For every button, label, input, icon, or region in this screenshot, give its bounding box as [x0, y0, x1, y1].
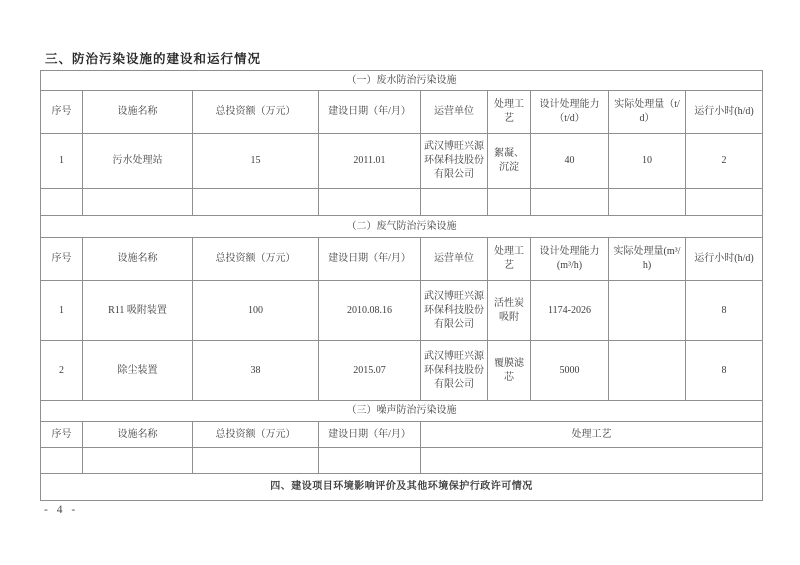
cell-operator: 武汉博旺兴源环保科技股份有限公司 — [421, 281, 488, 341]
header-serial-number: 序号 — [41, 91, 83, 134]
pollution-facilities-table: （一）废水防治污染设施 序号 设施名称 总投资额（万元） 建设日期（年/月） 运… — [40, 70, 763, 501]
empty-cell — [41, 448, 83, 474]
section4-title: 四、建设项目环境影响评价及其他环境保护行政许可情况 — [41, 474, 763, 501]
cell-process: 絮凝、沉淀 — [488, 134, 531, 189]
cell-run-hours: 8 — [686, 281, 763, 341]
waste-gas-data-row: 1 R11 吸附装置 100 2010.08.16 武汉博旺兴源环保科技股份有限… — [41, 281, 763, 341]
cell-operator: 武汉博旺兴源环保科技股份有限公司 — [421, 134, 488, 189]
cell-run-hours: 2 — [686, 134, 763, 189]
empty-cell — [193, 448, 319, 474]
header-actual-amount: 实际处理量（t/d） — [609, 91, 686, 134]
cell-facility-name: 除尘装置 — [83, 341, 193, 401]
empty-cell — [83, 448, 193, 474]
header-facility-name: 设施名称 — [83, 238, 193, 281]
waste-gas-section-row: （二）废气防治污染设施 — [41, 216, 763, 238]
wastewater-header-row: 序号 设施名称 总投资额（万元） 建设日期（年/月） 运营单位 处理工艺 设计处… — [41, 91, 763, 134]
empty-cell — [41, 189, 83, 216]
empty-cell — [609, 189, 686, 216]
cell-actual-amount: 10 — [609, 134, 686, 189]
header-process: 处理工艺 — [488, 238, 531, 281]
cell-serial-number: 1 — [41, 281, 83, 341]
cell-build-date: 2011.01 — [319, 134, 421, 189]
cell-total-investment: 15 — [193, 134, 319, 189]
section4-row: 四、建设项目环境影响评价及其他环境保护行政许可情况 — [41, 474, 763, 501]
noise-section-row: （三）噪声防治污染设施 — [41, 401, 763, 422]
empty-cell — [686, 189, 763, 216]
cell-run-hours: 8 — [686, 341, 763, 401]
empty-cell — [531, 189, 609, 216]
header-build-date: 建设日期（年/月） — [319, 238, 421, 281]
header-serial-number: 序号 — [41, 422, 83, 448]
cell-serial-number: 1 — [41, 134, 83, 189]
noise-empty-row — [41, 448, 763, 474]
cell-total-investment: 38 — [193, 341, 319, 401]
cell-build-date: 2010.08.16 — [319, 281, 421, 341]
wastewater-section-caption: （一）废水防治污染设施 — [41, 71, 763, 91]
header-run-hours: 运行小时(h/d) — [686, 91, 763, 134]
header-actual-amount: 实际处理量(m³/h) — [609, 238, 686, 281]
empty-cell — [488, 189, 531, 216]
cell-serial-number: 2 — [41, 341, 83, 401]
section3-title: 三、防治污染设施的建设和运行情况 — [45, 49, 261, 67]
header-serial-number: 序号 — [41, 238, 83, 281]
waste-gas-header-row: 序号 设施名称 总投资额（万元） 建设日期（年/月） 运营单位 处理工艺 设计处… — [41, 238, 763, 281]
header-process: 处理工艺 — [421, 422, 763, 448]
header-design-capacity: 设计处理能力（t/d） — [531, 91, 609, 134]
wastewater-data-row: 1 污水处理站 15 2011.01 武汉博旺兴源环保科技股份有限公司 絮凝、沉… — [41, 134, 763, 189]
wastewater-empty-row — [41, 189, 763, 216]
header-build-date: 建设日期（年/月） — [319, 91, 421, 134]
waste-gas-section-caption: （二）废气防治污染设施 — [41, 216, 763, 238]
cell-facility-name: R11 吸附装置 — [83, 281, 193, 341]
header-total-investment: 总投资额（万元） — [193, 238, 319, 281]
cell-total-investment: 100 — [193, 281, 319, 341]
empty-cell — [421, 189, 488, 216]
header-run-hours: 运行小时(h/d) — [686, 238, 763, 281]
header-total-investment: 总投资额（万元） — [193, 91, 319, 134]
header-facility-name: 设施名称 — [83, 422, 193, 448]
cell-design-capacity: 40 — [531, 134, 609, 189]
header-total-investment: 总投资额（万元） — [193, 422, 319, 448]
header-design-capacity: 设计处理能力(m³/h) — [531, 238, 609, 281]
header-operator: 运营单位 — [421, 91, 488, 134]
noise-section-caption: （三）噪声防治污染设施 — [41, 401, 763, 422]
cell-actual-amount — [609, 281, 686, 341]
noise-header-row: 序号 设施名称 总投资额（万元） 建设日期（年/月） 处理工艺 — [41, 422, 763, 448]
document-page: 三、防治污染设施的建设和运行情况 （一）废水防治污染设施 序号 设施名称 总投资… — [0, 0, 800, 565]
cell-facility-name: 污水处理站 — [83, 134, 193, 189]
cell-process: 活性炭吸附 — [488, 281, 531, 341]
page-number: - 4 - — [44, 504, 78, 516]
header-process: 处理工艺 — [488, 91, 531, 134]
wastewater-section-row: （一）废水防治污染设施 — [41, 71, 763, 91]
header-facility-name: 设施名称 — [83, 91, 193, 134]
cell-process: 覆膜滤芯 — [488, 341, 531, 401]
header-build-date: 建设日期（年/月） — [319, 422, 421, 448]
empty-cell — [421, 448, 763, 474]
cell-actual-amount — [609, 341, 686, 401]
empty-cell — [319, 189, 421, 216]
cell-design-capacity: 1174-2026 — [531, 281, 609, 341]
empty-cell — [193, 189, 319, 216]
cell-build-date: 2015.07 — [319, 341, 421, 401]
cell-operator: 武汉博旺兴源环保科技股份有限公司 — [421, 341, 488, 401]
waste-gas-data-row: 2 除尘装置 38 2015.07 武汉博旺兴源环保科技股份有限公司 覆膜滤芯 … — [41, 341, 763, 401]
empty-cell — [83, 189, 193, 216]
header-operator: 运营单位 — [421, 238, 488, 281]
empty-cell — [319, 448, 421, 474]
cell-design-capacity: 5000 — [531, 341, 609, 401]
